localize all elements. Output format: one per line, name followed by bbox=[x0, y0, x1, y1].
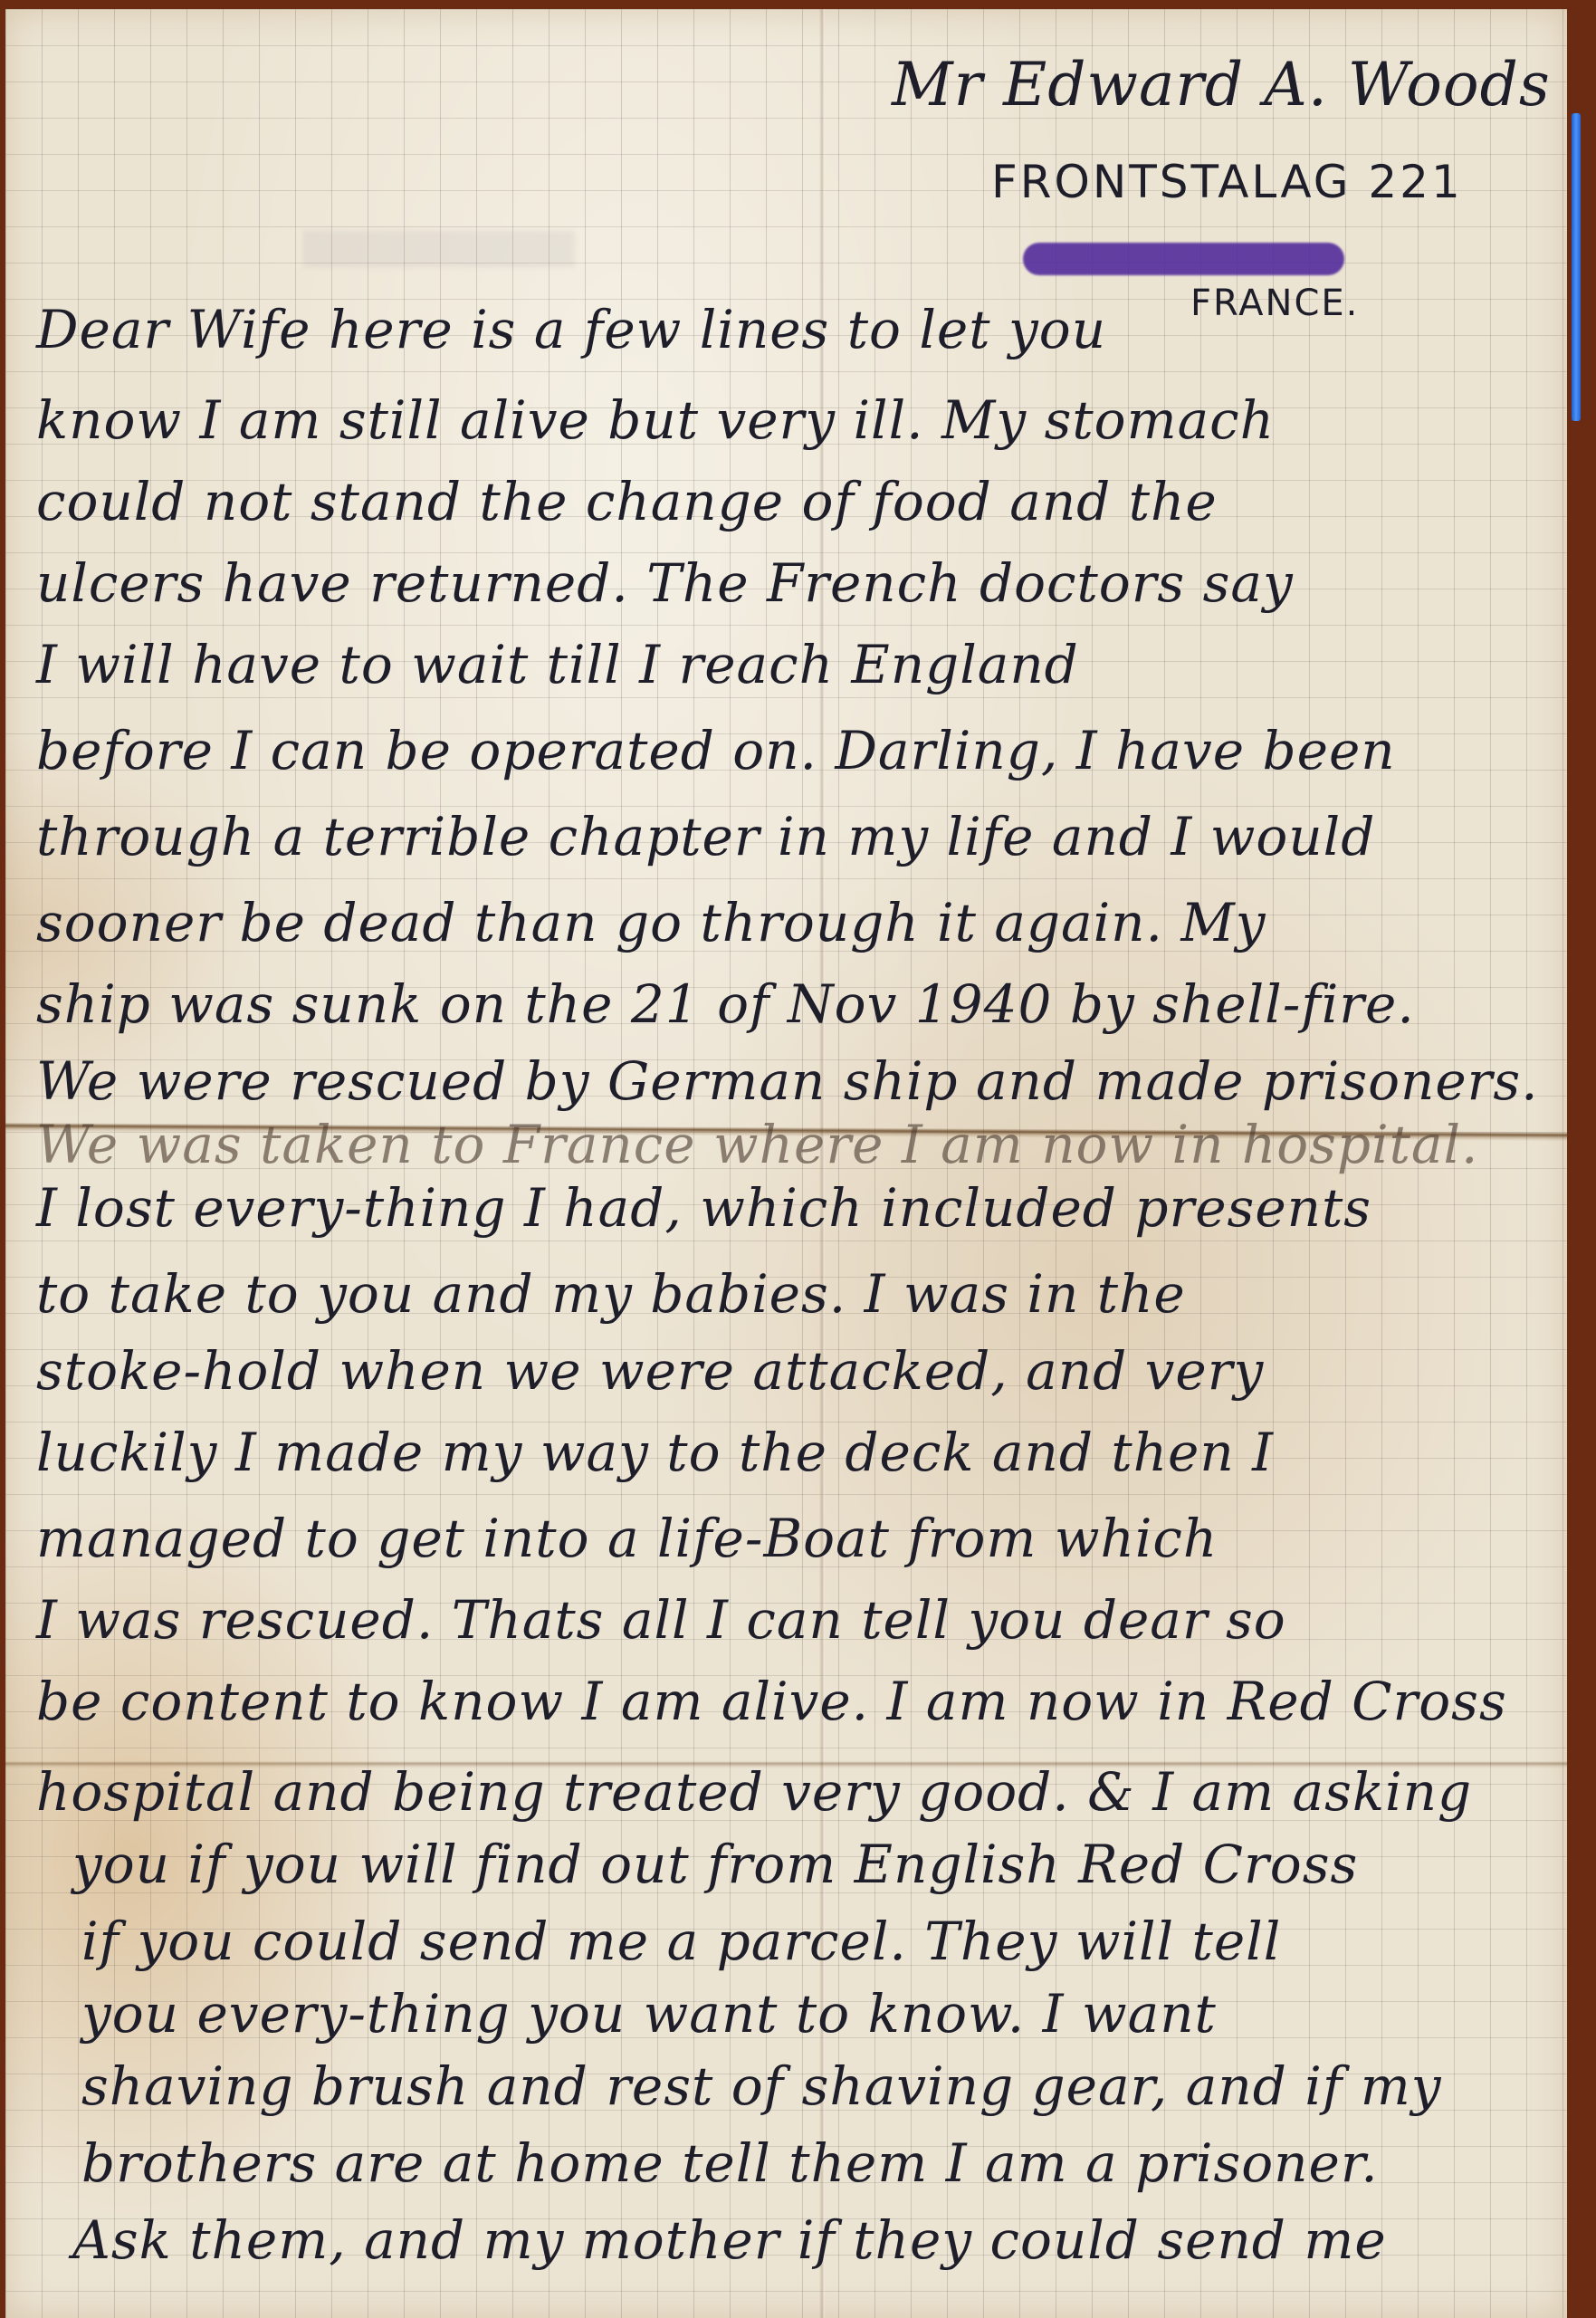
letter-line: Dear Wife here is a few lines to let you bbox=[36, 299, 1106, 360]
letter-line: brothers are at home tell them I am a pr… bbox=[81, 2132, 1379, 2194]
redacted-line bbox=[1023, 243, 1344, 275]
letter-line: Ask them, and my mother if they could se… bbox=[72, 2209, 1387, 2271]
letter-line: hospital and being treated very good. & … bbox=[36, 1761, 1472, 1823]
letter-line: ship was sunk on the 21 of Nov 1940 by s… bbox=[36, 973, 1415, 1035]
letter-line: We were rescued by German ship and made … bbox=[36, 1050, 1539, 1112]
letter-line: if you could send me a parcel. They will… bbox=[81, 1911, 1281, 1972]
faded-stamp bbox=[303, 231, 575, 267]
letter-line: I lost every-thing I had, which included… bbox=[36, 1177, 1371, 1239]
letter-line: could not stand the change of food and t… bbox=[36, 471, 1218, 532]
blue-tape-strip bbox=[1572, 113, 1581, 421]
letter-line: managed to get into a life-Boat from whi… bbox=[36, 1508, 1218, 1569]
letter-line: shaving brush and rest of shaving gear, … bbox=[81, 2055, 1441, 2117]
letter-line: know I am still alive but very ill. My s… bbox=[36, 389, 1275, 451]
letter-line: We was taken to France where I am now in… bbox=[36, 1114, 1479, 1175]
sender-name: Mr Edward A. Woods bbox=[892, 50, 1551, 120]
letter-line: through a terrible chapter in my life an… bbox=[36, 806, 1375, 867]
letter-line: sooner be dead than go through it again.… bbox=[36, 892, 1266, 953]
letter-line: I was rescued. Thats all I can tell you … bbox=[36, 1589, 1286, 1651]
letter-line: luckily I made my way to the deck and th… bbox=[36, 1422, 1274, 1483]
letter-line: you every-thing you want to know. I want bbox=[81, 1983, 1217, 2045]
letter-line: ulcers have returned. The French doctors… bbox=[36, 552, 1294, 614]
letter-line: you if you will find out from English Re… bbox=[72, 1834, 1358, 1895]
letter-line: to take to you and my babies. I was in t… bbox=[36, 1263, 1186, 1325]
letter-line: stoke-hold when we were attacked, and ve… bbox=[36, 1340, 1264, 1402]
camp-address: FRONTSTALAG 221 bbox=[991, 156, 1463, 208]
country-address: FRANCE. bbox=[1190, 283, 1359, 324]
letter-line: I will have to wait till I reach England bbox=[36, 634, 1079, 695]
letter-line: be content to know I am alive. I am now … bbox=[36, 1671, 1507, 1732]
letter-line: before I can be operated on. Darling, I … bbox=[36, 720, 1396, 781]
